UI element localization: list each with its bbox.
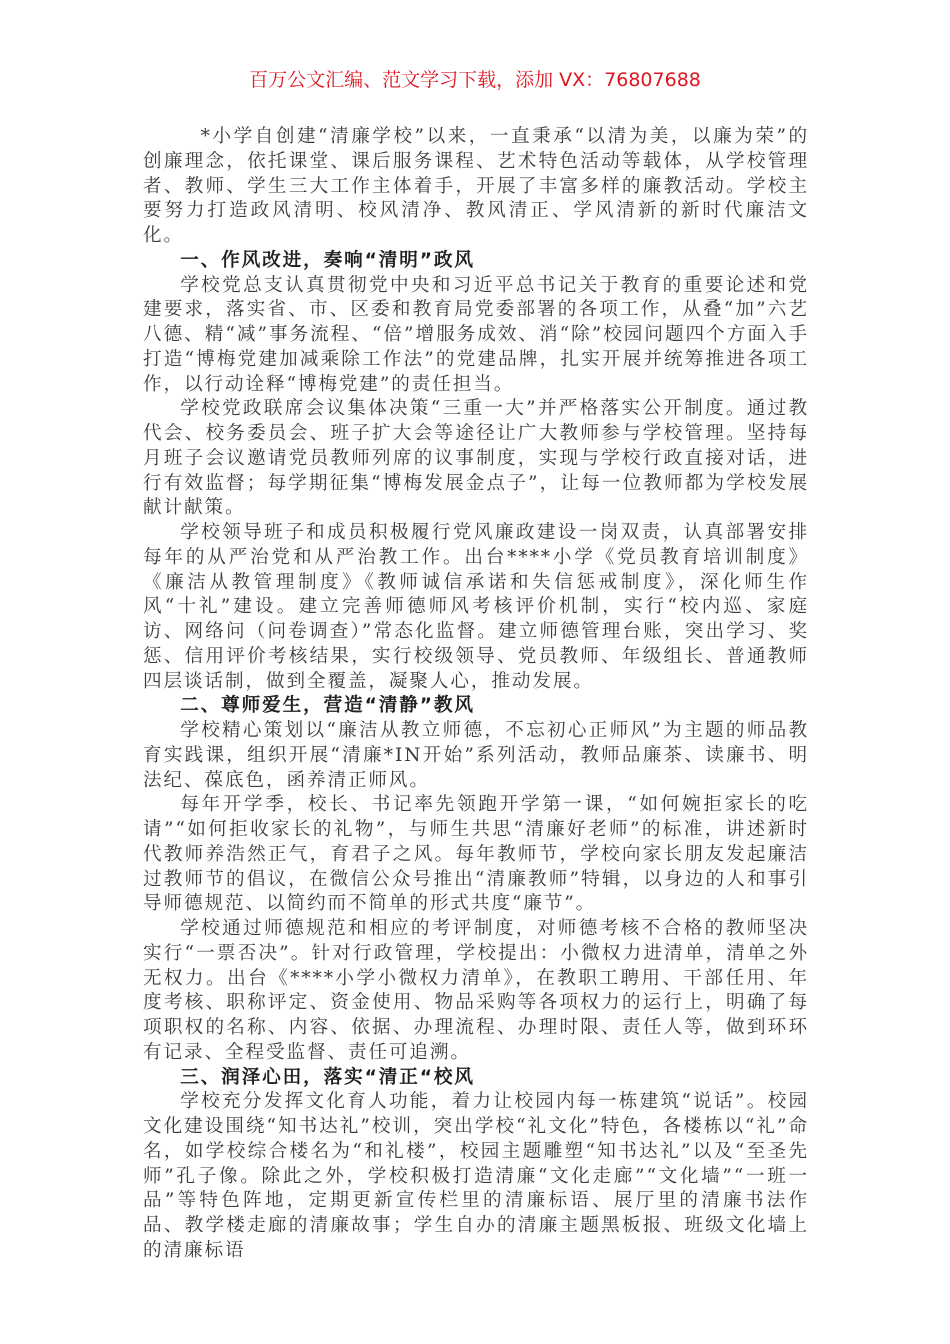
document-body: *小学自创建“清廉学校”以来，一直秉承“以清为美，以廉为荣”的创廉理念，依托课堂…: [143, 125, 809, 1264]
promo-banner: 百万公文汇编、范文学习下载，添加 VX：76807688: [0, 66, 950, 94]
section-1-paragraph-3: 学校领导班子和成员积极履行党风廉政建设一岗双责，认真部署安排每年的从严治党和从严…: [143, 521, 809, 694]
intro-paragraph: *小学自创建“清廉学校”以来，一直秉承“以清为美，以廉为荣”的创廉理念，依托课堂…: [143, 125, 809, 249]
section-2-paragraph-3: 学校通过师德规范和相应的考评制度，对师德考核不合格的教师坚决实行“一票否决”。针…: [143, 917, 809, 1066]
section-heading-3: 三、润泽心田，落实“清正“校风: [143, 1066, 809, 1091]
section-1-paragraph-1: 学校党总支认真贯彻党中央和习近平总书记关于教育的重要论述和党建要求，落实省、市、…: [143, 274, 809, 398]
section-2-paragraph-1: 学校精心策划以“廉洁从教立师德，不忘初心正师风”为主题的师品教育实践课，组织开展…: [143, 719, 809, 793]
section-heading-1: 一、作风改进，奏响“清明”政风: [143, 249, 809, 274]
section-heading-2: 二、尊师爱生，营造“清静”教风: [143, 694, 809, 719]
section-1-paragraph-2: 学校党政联席会议集体决策“三重一大”并严格落实公开制度。通过教代会、校务委员会、…: [143, 397, 809, 521]
section-2-paragraph-2: 每年开学季，校长、书记率先领跑开学第一课，“如何婉拒家长的吃请”“如何拒收家长的…: [143, 793, 809, 917]
section-3-paragraph-1: 学校充分发挥文化育人功能，着力让校园内每一栋建筑“说话”。校园文化建设围绕“知书…: [143, 1090, 809, 1263]
